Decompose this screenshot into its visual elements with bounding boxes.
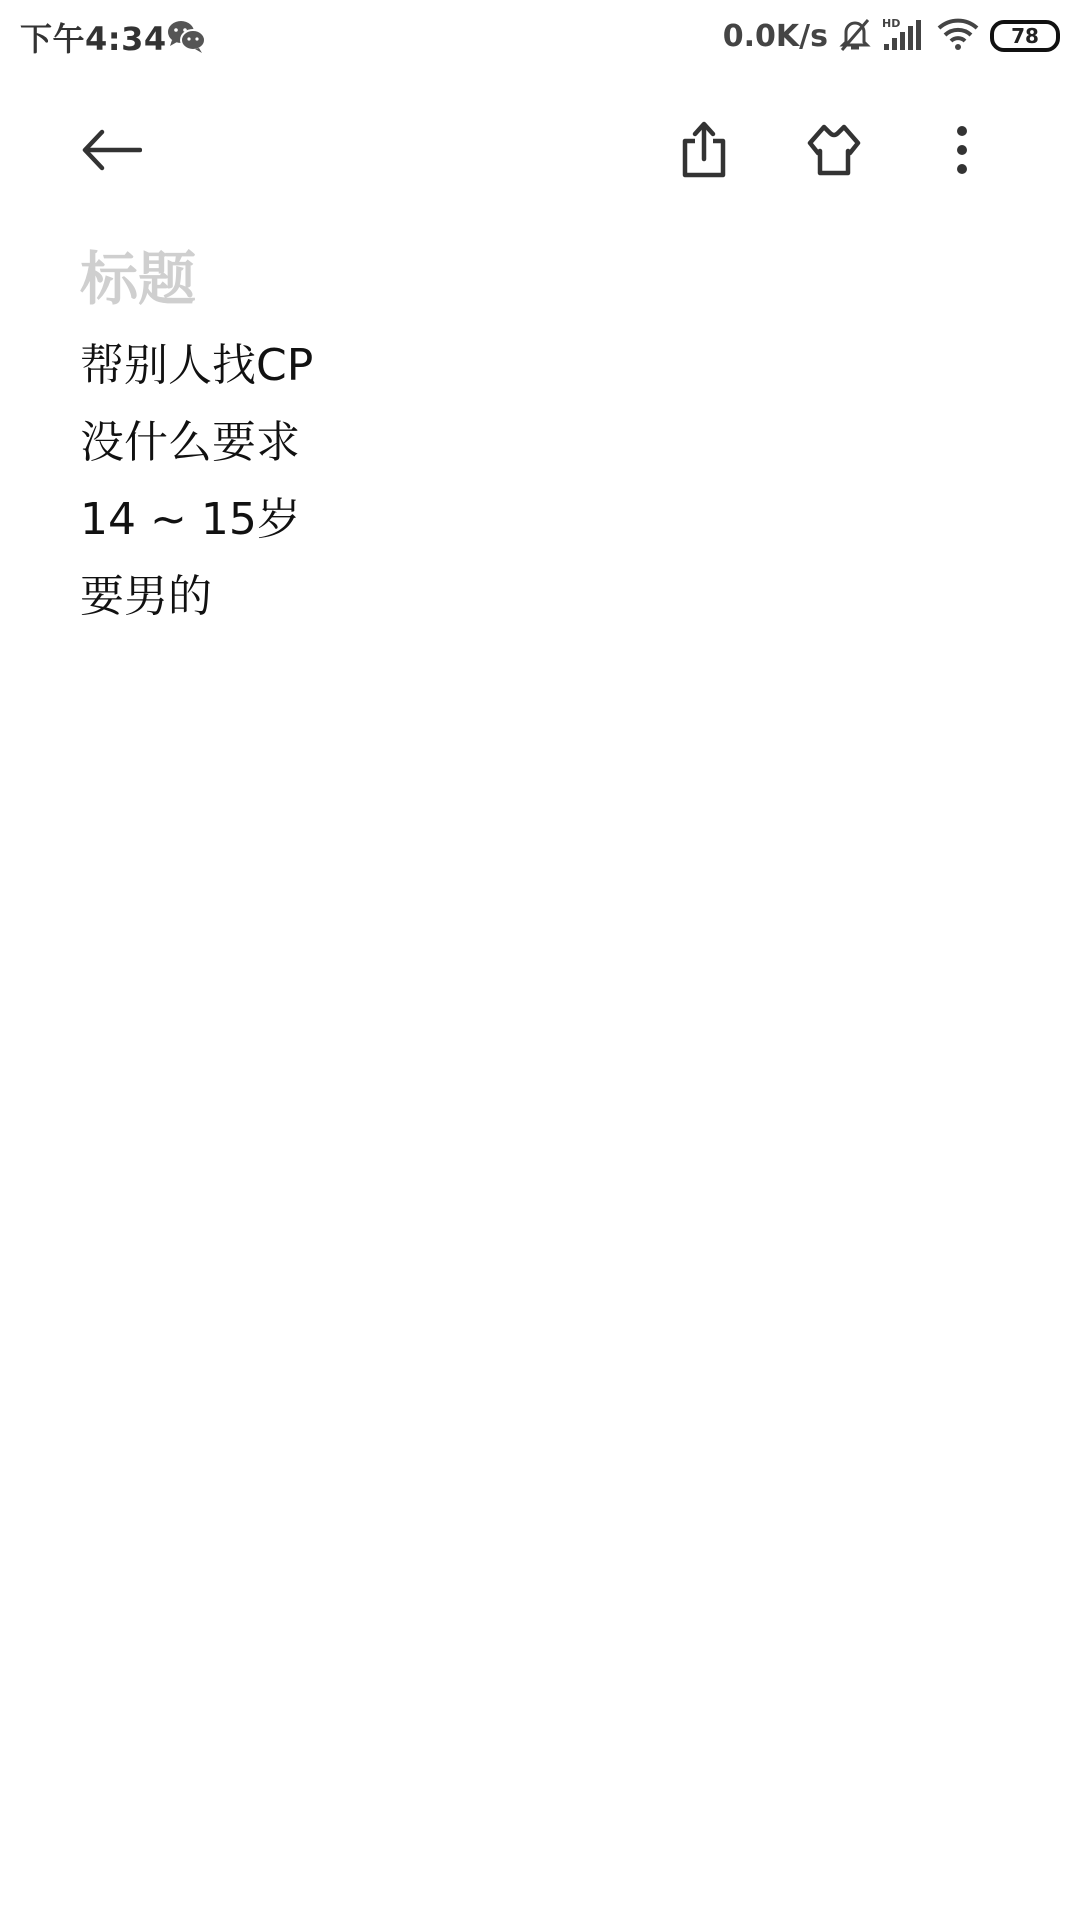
arrow-left-icon xyxy=(82,128,142,176)
status-right-group: 0.0K/s HD 78 xyxy=(723,14,1060,58)
back-button[interactable] xyxy=(82,122,142,182)
status-bar: 下午4:34 0.0K/s HD 78 xyxy=(0,0,1080,72)
more-vertical-icon xyxy=(954,125,970,179)
note-title-input[interactable]: 标题 xyxy=(80,232,196,316)
battery-indicator: 78 xyxy=(990,20,1060,52)
toolbar xyxy=(0,100,1080,200)
wechat-icon xyxy=(166,18,206,54)
bell-muted-icon xyxy=(838,16,872,56)
note-line: 没什么要求 xyxy=(80,411,313,488)
network-speed: 0.0K/s xyxy=(723,19,828,54)
share-icon xyxy=(679,121,729,183)
status-time: 下午4:34 xyxy=(20,14,167,60)
share-button[interactable] xyxy=(674,122,734,182)
more-button[interactable] xyxy=(932,122,992,182)
shirt-icon xyxy=(804,123,864,181)
note-line: 帮别人找CP xyxy=(80,334,313,411)
note-body-editor[interactable]: 帮别人找CP 没什么要求 14 ~ 15岁 要男的 xyxy=(80,334,313,642)
svg-text:HD: HD xyxy=(882,17,900,30)
hd-signal-icon: HD xyxy=(882,16,926,56)
note-line: 要男的 xyxy=(80,565,313,642)
note-line: 14 ~ 15岁 xyxy=(80,488,313,565)
wifi-icon xyxy=(936,17,980,55)
theme-button[interactable] xyxy=(804,122,864,182)
